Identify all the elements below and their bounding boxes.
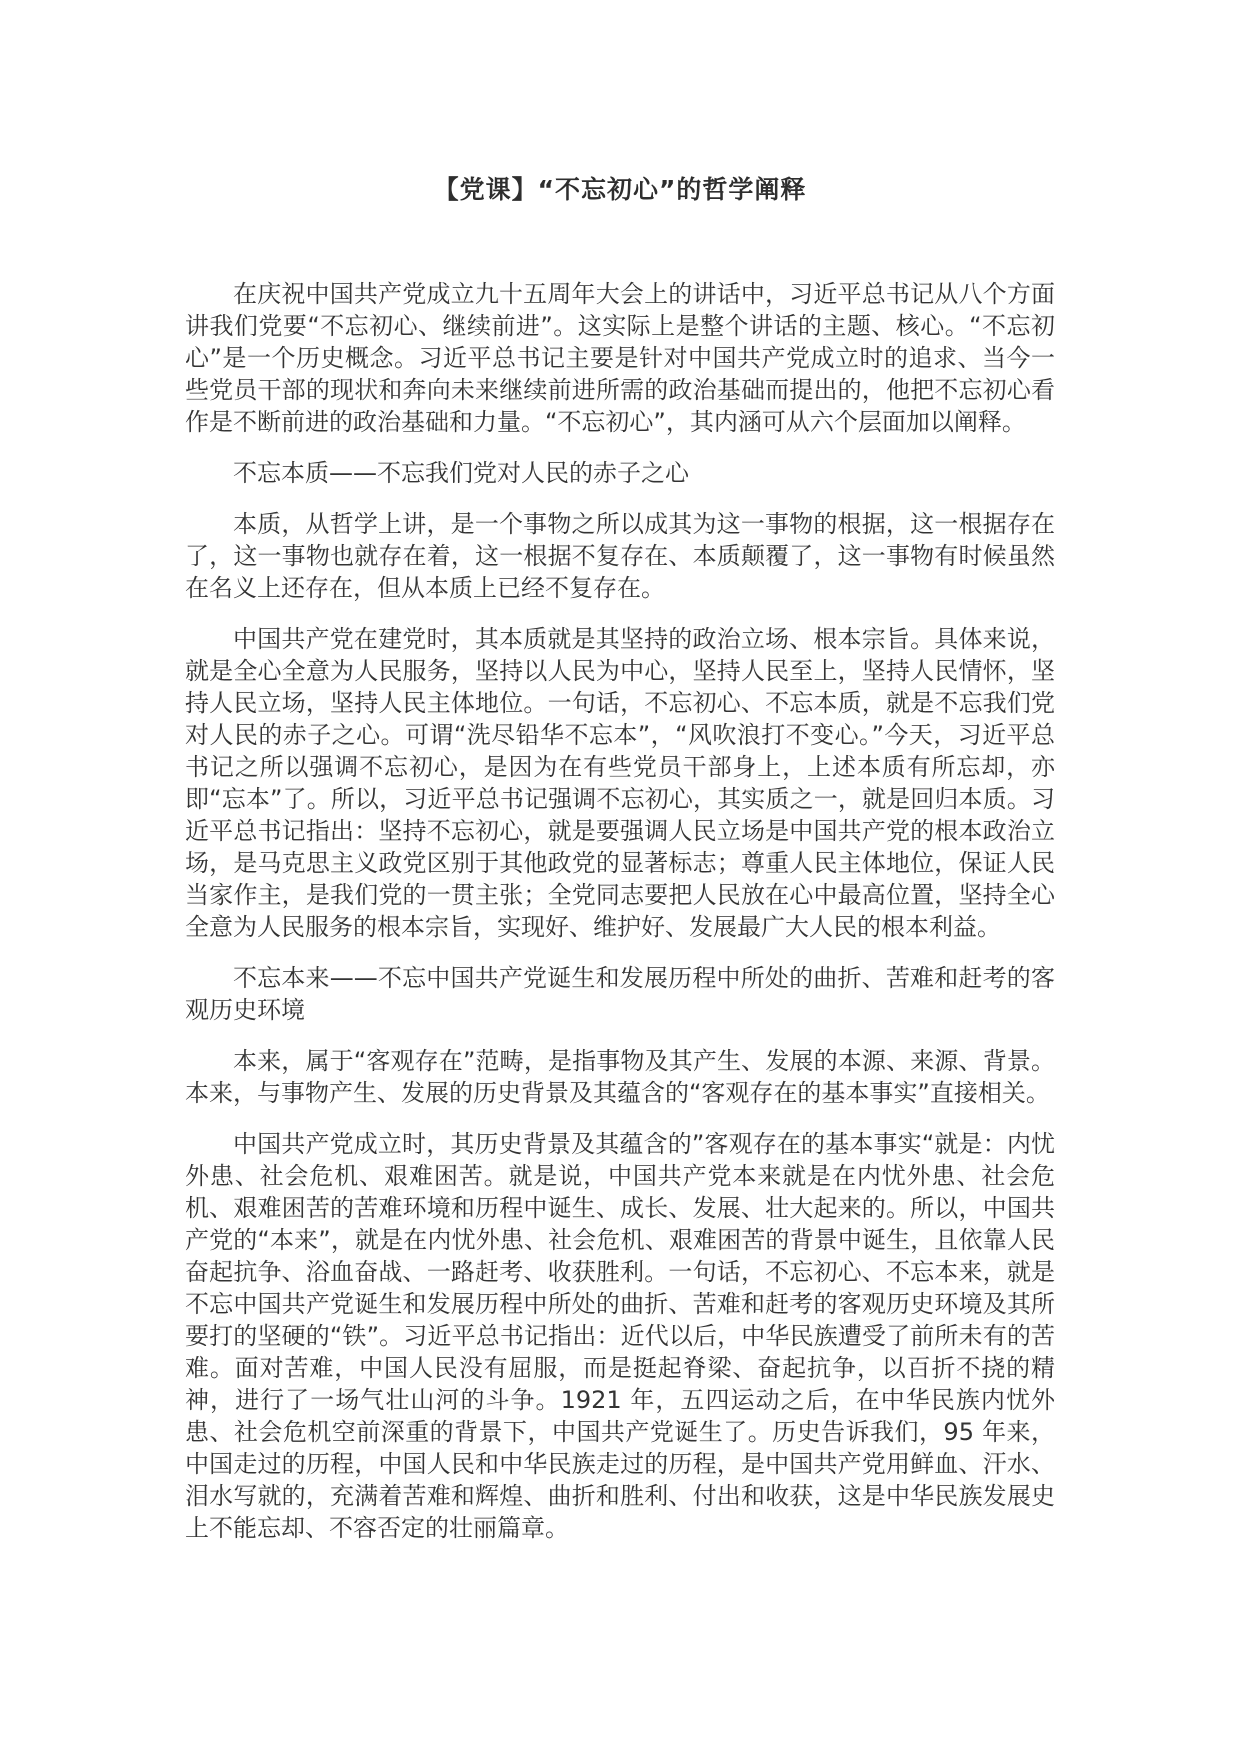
document-title: 【党课】“不忘初心”的哲学阐释 bbox=[185, 172, 1055, 208]
section-heading-benzhi: 不忘本质——不忘我们党对人民的赤子之心 bbox=[185, 457, 1055, 489]
paragraph-benzhi-explanation: 中国共产党在建党时，其本质就是其坚持的政治立场、根本宗旨。具体来说，就是全心全意… bbox=[185, 623, 1055, 943]
section-heading-benlai: 不忘本来——不忘中国共产党诞生和发展历程中所处的曲折、苦难和赶考的客观历史环境 bbox=[185, 962, 1055, 1026]
document-body: 【党课】“不忘初心”的哲学阐释 在庆祝中国共产党成立九十五周年大会上的讲话中，习… bbox=[185, 0, 1055, 1563]
paragraph-intro: 在庆祝中国共产党成立九十五周年大会上的讲话中，习近平总书记从八个方面讲我们党要“… bbox=[185, 278, 1055, 438]
paragraph-benlai-explanation: 中国共产党成立时，其历史背景及其蕴含的”客观存在的基本事实“就是：内忧外患、社会… bbox=[185, 1128, 1055, 1544]
paragraph-benlai-definition: 本来，属于“客观存在”范畴，是指事物及其产生、发展的本源、来源、背景。本来，与事… bbox=[185, 1045, 1055, 1109]
document-page: 【党课】“不忘初心”的哲学阐释 在庆祝中国共产党成立九十五周年大会上的讲话中，习… bbox=[0, 0, 1240, 1754]
paragraph-benzhi-definition: 本质，从哲学上讲，是一个事物之所以成其为这一事物的根据，这一根据存在了，这一事物… bbox=[185, 508, 1055, 604]
